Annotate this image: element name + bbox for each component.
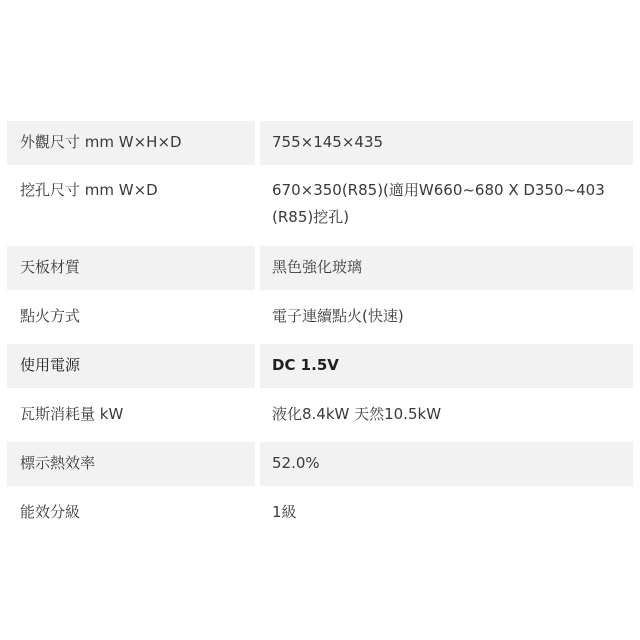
spec-value: 670×350(R85)(適用W660~680 X D350~403 (R85)… bbox=[260, 170, 633, 241]
spec-value: 52.0% bbox=[260, 442, 633, 486]
spec-value: 電子連續點火(快速) bbox=[260, 295, 633, 339]
spec-value: 液化8.4kW 天然10.5kW bbox=[260, 393, 633, 437]
spec-label: 能效分級 bbox=[7, 491, 255, 535]
spec-label: 使用電源 bbox=[7, 344, 255, 388]
spec-row-energy-grade: 能效分級 1級 bbox=[7, 491, 633, 535]
spec-label: 挖孔尺寸 mm W×D bbox=[7, 170, 255, 241]
spec-row-cutout-size: 挖孔尺寸 mm W×D 670×350(R85)(適用W660~680 X D3… bbox=[7, 170, 633, 241]
spec-row-top-material: 天板材質 黑色強化玻璃 bbox=[7, 246, 633, 290]
spec-row-thermal-efficiency: 標示熱效率 52.0% bbox=[7, 442, 633, 486]
spec-row-ignition: 點火方式 電子連續點火(快速) bbox=[7, 295, 633, 339]
spec-value: 755×145×435 bbox=[260, 121, 633, 165]
spec-label: 外觀尺寸 mm W×H×D bbox=[7, 121, 255, 165]
spec-row-gas-consumption: 瓦斯消耗量 kW 液化8.4kW 天然10.5kW bbox=[7, 393, 633, 437]
spec-value: 1級 bbox=[260, 491, 633, 535]
spec-row-exterior-size: 外觀尺寸 mm W×H×D 755×145×435 bbox=[7, 121, 633, 165]
spec-value: DC 1.5V bbox=[260, 344, 633, 388]
spec-label: 天板材質 bbox=[7, 246, 255, 290]
spec-value: 黑色強化玻璃 bbox=[260, 246, 633, 290]
spec-row-power-supply: 使用電源 DC 1.5V bbox=[7, 344, 633, 388]
spec-label: 瓦斯消耗量 kW bbox=[7, 393, 255, 437]
spec-table: 外觀尺寸 mm W×H×D 755×145×435 挖孔尺寸 mm W×D 67… bbox=[7, 121, 633, 540]
spec-label: 標示熱效率 bbox=[7, 442, 255, 486]
spec-label: 點火方式 bbox=[7, 295, 255, 339]
